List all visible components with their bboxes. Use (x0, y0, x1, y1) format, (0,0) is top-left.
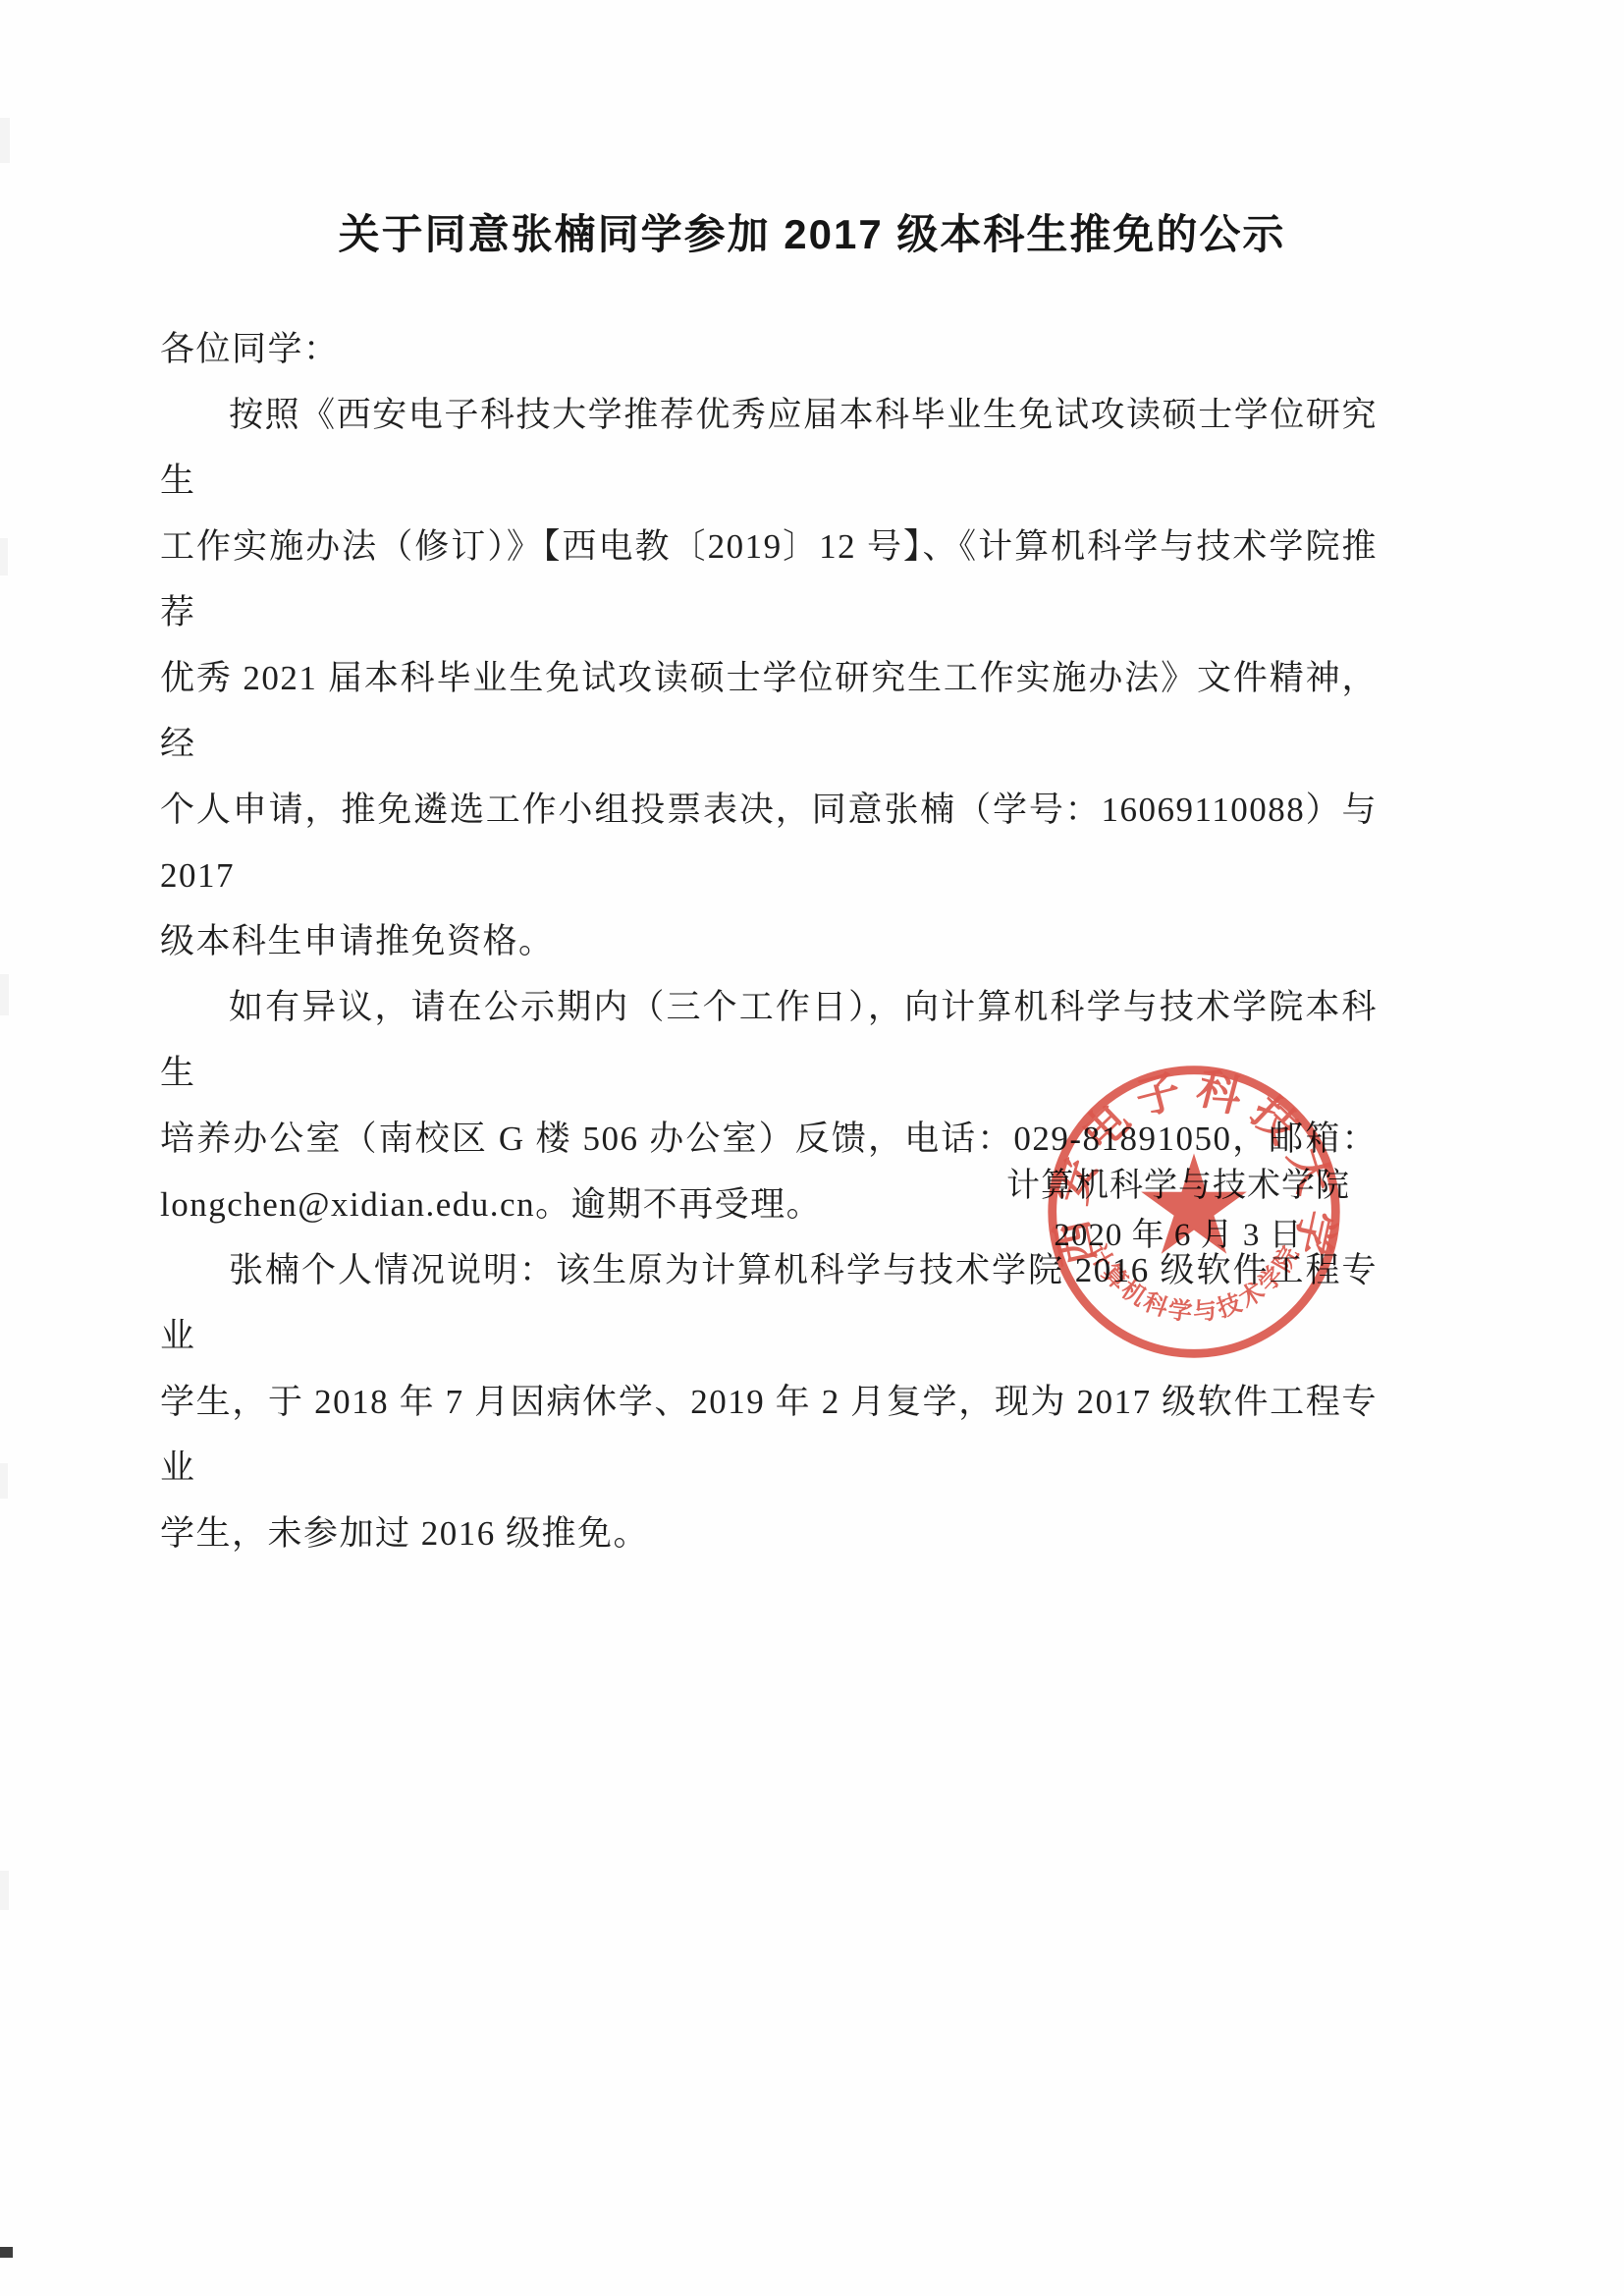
scan-artifact (0, 1463, 8, 1499)
body-line: 学生，未参加过 2016 级推免。 (160, 1501, 1378, 1566)
body-line: 学生，于 2018 年 7 月因病休学、2019 年 2 月复学，现为 2017… (160, 1369, 1378, 1501)
salutation: 各位同学： (160, 316, 1378, 382)
body-line: 个人申请，推免遴选工作小组投票表决，同意张楠（学号：16069110088）与 … (160, 777, 1378, 908)
document-title: 关于同意张楠同学参加 2017 级本科生推免的公示 (0, 202, 1624, 261)
document-body: 各位同学： 按照《西安电子科技大学推荐优秀应届本科毕业生免试攻读硕士学位研究生 … (160, 316, 1378, 1566)
stamp-bottom-text: 计算机科学与技术学院 (1082, 1240, 1305, 1327)
scan-artifact (0, 118, 10, 163)
body-line: 级本科生申请推免资格。 (160, 908, 1378, 974)
scan-artifact (0, 1871, 9, 1910)
official-stamp: 西安电子科技大学 计算机科学与技术学院 (1041, 1059, 1347, 1365)
scan-artifact (0, 974, 9, 1015)
body-line: 工作实施办法（修订）》【西电教〔2019〕12 号】、《计算机科学与技术学院推荐 (160, 514, 1378, 645)
stamp-star (1141, 1154, 1247, 1254)
body-line: 按照《西安电子科技大学推荐优秀应届本科毕业生免试攻读硕士学位研究生 (160, 382, 1378, 514)
body-line: 优秀 2021 届本科毕业生免试攻读硕士学位研究生工作实施办法》文件精神，经 (160, 645, 1378, 777)
scan-artifact (0, 2247, 13, 2258)
paragraph-1: 按照《西安电子科技大学推荐优秀应届本科毕业生免试攻读硕士学位研究生 工作实施办法… (160, 382, 1378, 974)
scan-artifact (0, 538, 8, 575)
scanned-document-page: 关于同意张楠同学参加 2017 级本科生推免的公示 各位同学： 按照《西安电子科… (0, 0, 1624, 2296)
